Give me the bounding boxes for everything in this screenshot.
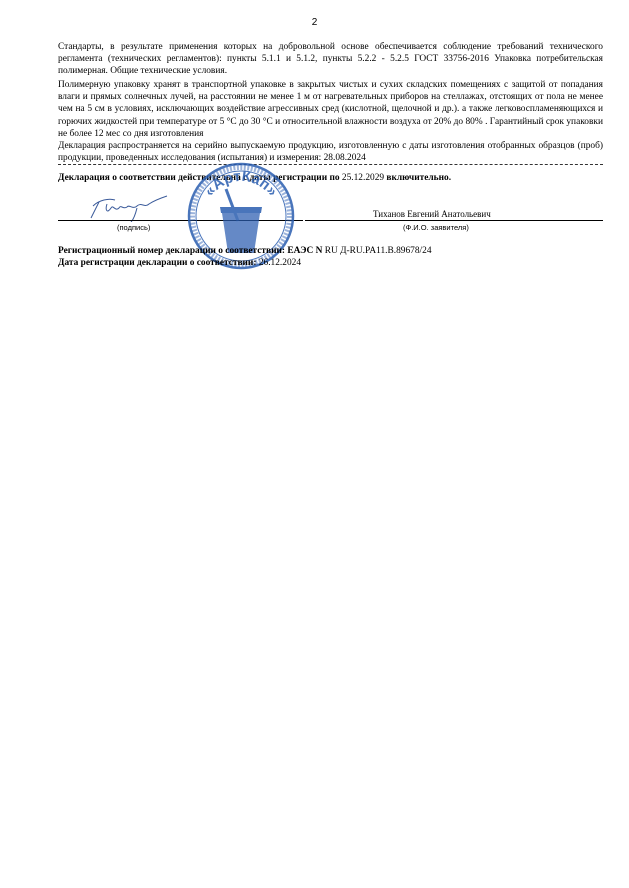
- storage-paragraph: Полимерную упаковку хранят в транспортно…: [58, 79, 603, 140]
- signature-icon: [85, 192, 185, 222]
- standards-paragraph: Стандарты, в результате применения котор…: [58, 41, 603, 78]
- dashed-divider: [58, 164, 603, 165]
- registration-number: Регистрационный номер декларации о соотв…: [58, 246, 432, 256]
- registration-number-label: Регистрационный номер декларации о соотв…: [58, 246, 325, 256]
- page-number: 2: [0, 17, 629, 28]
- validity-date: 25.12.2029: [342, 173, 384, 183]
- signature-caption: (подпись): [117, 223, 150, 232]
- scope-paragraph: Декларация распространяется на серийно в…: [58, 140, 603, 164]
- name-caption: (Ф.И.О. заявителя): [403, 223, 469, 232]
- applicant-name: Тиханов Евгений Анатольевич: [373, 209, 491, 219]
- registration-date-value: 26.12.2024: [259, 258, 301, 268]
- registration-date: Дата регистрации декларации о соответств…: [58, 258, 301, 268]
- registration-date-label: Дата регистрации декларации о соответств…: [58, 258, 259, 268]
- name-line: [305, 220, 603, 221]
- registration-number-value: RU Д-RU.PA11.B.89678/24: [325, 246, 432, 256]
- validity-suffix: включительно.: [384, 173, 451, 183]
